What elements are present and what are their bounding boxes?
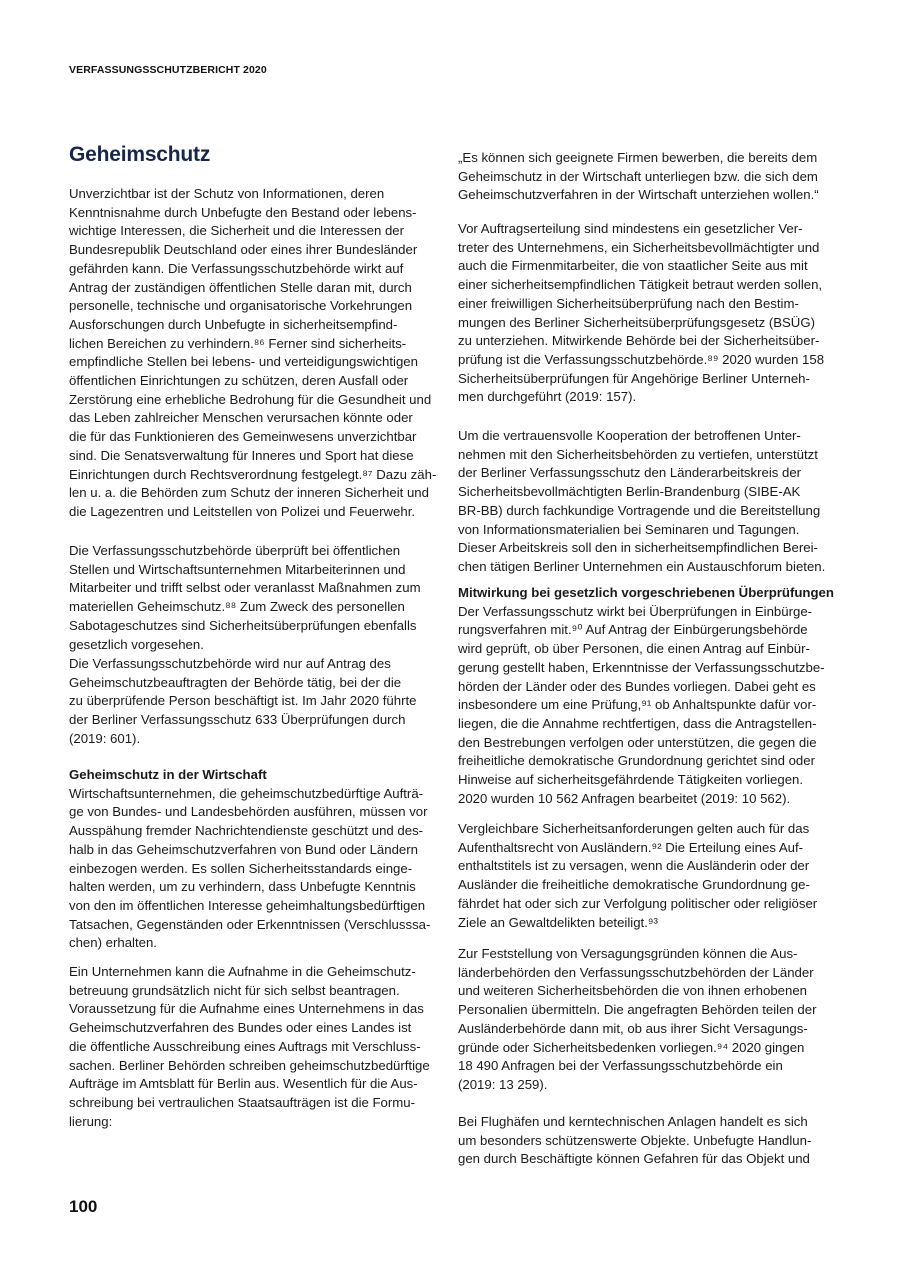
text-line: Die Verfassungsschutzbehörde überprüft b… bbox=[69, 542, 441, 561]
text-line: öffentlichen Einrichtungen zu schützen, … bbox=[69, 372, 441, 391]
text-line: der Berliner Verfassungsschutz den Lände… bbox=[458, 464, 836, 483]
paragraph: Unverzichtbar ist der Schutz von Informa… bbox=[69, 185, 441, 522]
text-line: Ein Unternehmen kann die Aufnahme in die… bbox=[69, 963, 441, 982]
text-line: 2020 wurden 10 562 Anfragen bearbeitet (… bbox=[458, 790, 836, 809]
text-line: (2019: 601). bbox=[69, 730, 441, 749]
text-line: Um die vertrauensvolle Kooperation der b… bbox=[458, 427, 836, 446]
text-line: Sabotageschutzes sind Sicherheitsüberprü… bbox=[69, 617, 441, 636]
text-line: freiheitliche demokratische Grundordnung… bbox=[458, 752, 836, 771]
text-line: Kenntnisnahme durch Unbefugte den Bestan… bbox=[69, 204, 441, 223]
text-line: Sicherheitsüberprüfungen für Angehörige … bbox=[458, 370, 836, 389]
text-line: gen durch Beschäftigte können Gefahren f… bbox=[458, 1150, 836, 1169]
text-line: schreibung bei vertraulichen Staatsauftr… bbox=[69, 1094, 441, 1113]
text-line: Geheimschutz in der Wirtschaft unterlieg… bbox=[458, 168, 836, 187]
paragraph: Ein Unternehmen kann die Aufnahme in die… bbox=[69, 963, 441, 1131]
text-line: Aufträge im Amtsblatt für Berlin aus. We… bbox=[69, 1075, 441, 1094]
text-line: gerung gestellt haben, Erkenntnisse der … bbox=[458, 659, 836, 678]
text-line: den Bestrebungen verfolgen oder unterstü… bbox=[458, 734, 836, 753]
text-line: empfindliche Stellen bei lebens- und ver… bbox=[69, 353, 441, 372]
text-line: rungsverfahren mit.⁹⁰ Auf Antrag der Ein… bbox=[458, 621, 836, 640]
text-line: von den im öffentlichen Interesse geheim… bbox=[69, 897, 441, 916]
text-line: Sicherheitsbevollmächtigten Berlin-Brand… bbox=[458, 483, 836, 502]
text-line: die für das Funktionieren des Gemeinwese… bbox=[69, 428, 441, 447]
text-line: Ziele an Gewaltdelikten beteiligt.⁹³ bbox=[458, 914, 836, 933]
text-line: prüfung ist die Verfassungsschutzbehörde… bbox=[458, 351, 836, 370]
text-line: die öffentliche Ausschreibung eines Auft… bbox=[69, 1038, 441, 1057]
text-line: sind. Die Senatsverwaltung für Inneres u… bbox=[69, 447, 441, 466]
text-line: wichtige Interessen, die Sicherheit und … bbox=[69, 222, 441, 241]
text-line: fährdet hat oder sich zur Verfolgung pol… bbox=[458, 895, 836, 914]
text-line: wird geprüft, ob über Personen, die eine… bbox=[458, 640, 836, 659]
text-line: Einrichtungen durch Rechtsverordnung fes… bbox=[69, 466, 441, 485]
text-line: Ausländer die freiheitliche demokratisch… bbox=[458, 876, 836, 895]
text-line: Zur Feststellung von Versagungsgründen k… bbox=[458, 945, 836, 964]
text-line: Zerstörung eine erhebliche Bedrohung für… bbox=[69, 391, 441, 410]
text-line: Geheimschutzverfahren in der Wirtschaft … bbox=[458, 186, 836, 205]
text-line: insbesondere um eine Prüfung,⁹¹ ob Anhal… bbox=[458, 696, 836, 715]
text-line: Wirtschaftsunternehmen, die geheimschutz… bbox=[69, 785, 441, 804]
text-line: Ausspähung fremder Nachrichtendienste ge… bbox=[69, 822, 441, 841]
paragraph: Um die vertrauensvolle Kooperation der b… bbox=[458, 427, 836, 577]
paragraph: Der Verfassungsschutz wirkt bei Überprüf… bbox=[458, 603, 836, 809]
text-line: sachen. Berliner Behörden schreiben gehe… bbox=[69, 1057, 441, 1076]
paragraph: Die Verfassungsschutzbehörde wird nur au… bbox=[69, 655, 441, 749]
text-line: „Es können sich geeignete Firmen bewerbe… bbox=[458, 149, 836, 168]
running-header: VERFASSUNGSSCHUTZBERICHT 2020 bbox=[69, 64, 267, 76]
text-line: Geheimschutzverfahren des Bundes oder ei… bbox=[69, 1019, 441, 1038]
paragraph: Vor Auftragserteilung sind mindestens ei… bbox=[458, 220, 836, 407]
text-line: gefährden kann. Die Verfassungsschutzbeh… bbox=[69, 260, 441, 279]
text-line: einer sicherheitsempfindlichen Tätigkeit… bbox=[458, 276, 836, 295]
text-line: der Berliner Verfassungsschutz 633 Überp… bbox=[69, 711, 441, 730]
text-line: materiellen Geheimschutz.⁸⁸ Zum Zweck de… bbox=[69, 598, 441, 617]
text-line: enthaltstitels ist zu versagen, wenn die… bbox=[458, 857, 836, 876]
text-line: einbezogen werden. Es sollen Sicherheits… bbox=[69, 860, 441, 879]
text-line: um besonders schützenswerte Objekte. Unb… bbox=[458, 1132, 836, 1151]
text-line: Aufenthaltsrecht von Ausländern.⁹² Die E… bbox=[458, 839, 836, 858]
paragraph: Wirtschaftsunternehmen, die geheimschutz… bbox=[69, 785, 441, 953]
text-line: Ausländerbehörde dann mit, ob aus ihrer … bbox=[458, 1020, 836, 1039]
paragraph: Bei Flughäfen und kerntechnischen Anlage… bbox=[458, 1113, 836, 1169]
text-line: Vor Auftragserteilung sind mindestens ei… bbox=[458, 220, 836, 239]
text-line: halten werden, um zu verhindern, dass Un… bbox=[69, 878, 441, 897]
text-line: Stellen und Wirtschaftsunternehmen Mitar… bbox=[69, 561, 441, 580]
text-line: Mitarbeiter und trifft selbst oder veran… bbox=[69, 579, 441, 598]
text-line: Vergleichbare Sicherheitsanforderungen g… bbox=[458, 820, 836, 839]
text-line: Die Verfassungsschutzbehörde wird nur au… bbox=[69, 655, 441, 674]
text-line: Der Verfassungsschutz wirkt bei Überprüf… bbox=[458, 603, 836, 622]
text-line: Dieser Arbeitskreis soll den in sicherhe… bbox=[458, 539, 836, 558]
subsection-block: Mitwirkung bei gesetzlich vorgeschrieben… bbox=[458, 584, 836, 808]
text-line: das Leben zahlreicher Menschen verursach… bbox=[69, 409, 441, 428]
subheading-wirtschaft: Geheimschutz in der Wirtschaft bbox=[69, 766, 441, 785]
text-line: Personalien übermitteln. Die angefragten… bbox=[458, 1001, 836, 1020]
text-line: Bundesrepublik Deutschland oder eines ih… bbox=[69, 241, 441, 260]
text-line: die Lagezentren und Leitstellen von Poli… bbox=[69, 503, 441, 522]
text-line: Unverzichtbar ist der Schutz von Informa… bbox=[69, 185, 441, 204]
paragraph: Vergleichbare Sicherheitsanforderungen g… bbox=[458, 820, 836, 932]
text-line: 18 490 Anfragen bei der Verfassungsschut… bbox=[458, 1057, 836, 1076]
text-line: men durchgeführt (2019: 157). bbox=[458, 388, 836, 407]
text-line: ge von Bundes- und Landesbehörden ausfüh… bbox=[69, 803, 441, 822]
text-line: (2019: 13 259). bbox=[458, 1076, 836, 1095]
text-line: gesetzlich vorgesehen. bbox=[69, 636, 441, 655]
text-line: nehmen mit den Sicherheitsbehörden zu ve… bbox=[458, 446, 836, 465]
paragraph: Zur Feststellung von Versagungsgründen k… bbox=[458, 945, 836, 1095]
text-line: liegen, die die Annahme rechtfertigen, d… bbox=[458, 715, 836, 734]
text-line: len u. a. die Behörden zum Schutz der in… bbox=[69, 484, 441, 503]
page-number: 100 bbox=[69, 1197, 97, 1217]
text-line: BR-BB) durch fachkundige Vortragende und… bbox=[458, 502, 836, 521]
text-line: Tatsachen, Gegenständen oder Erkenntniss… bbox=[69, 916, 441, 935]
text-line: personelle, technische und organisatoris… bbox=[69, 297, 441, 316]
section-title: Geheimschutz bbox=[69, 143, 210, 167]
text-line: halb in das Geheimschutzverfahren von Bu… bbox=[69, 841, 441, 860]
text-line: zu unterziehen. Mitwirkende Behörde bei … bbox=[458, 332, 836, 351]
text-line: Bei Flughäfen und kerntechnischen Anlage… bbox=[458, 1113, 836, 1132]
text-line: von Informationsmaterialien bei Seminare… bbox=[458, 521, 836, 540]
text-line: lierung: bbox=[69, 1113, 441, 1132]
paragraph: Die Verfassungsschutzbehörde überprüft b… bbox=[69, 542, 441, 654]
text-line: betreuung grundsätzlich nicht für sich s… bbox=[69, 982, 441, 1001]
subheading-mitwirkung: Mitwirkung bei gesetzlich vorgeschrieben… bbox=[458, 584, 836, 603]
subsection-block: Geheimschutz in der Wirtschaft Wirtschaf… bbox=[69, 766, 441, 953]
text-line: Ausforschungen durch Unbefugte in sicher… bbox=[69, 316, 441, 335]
text-line: Hinweise auf sicherheitsgefährdende Täti… bbox=[458, 771, 836, 790]
text-line: chen tätigen Berliner Unternehmen ein Au… bbox=[458, 558, 836, 577]
text-line: zu überprüfende Person beschäftigt ist. … bbox=[69, 692, 441, 711]
text-line: mungen des Berliner Sicherheitsüberprüfu… bbox=[458, 314, 836, 333]
text-line: auch die Firmenmitarbeiter, die von staa… bbox=[458, 257, 836, 276]
text-line: einer freiwilligen Sicherheitsüberprüfun… bbox=[458, 295, 836, 314]
text-line: gründe oder Sicherheitsbedenken vorliege… bbox=[458, 1039, 836, 1058]
text-line: hörden der Länder oder des Bundes vorlie… bbox=[458, 678, 836, 697]
text-line: Geheimschutzbeauftragten der Behörde tät… bbox=[69, 674, 441, 693]
text-line: lichen Bereichen zu verhindern.⁸⁶ Ferner… bbox=[69, 335, 441, 354]
text-line: länderbehörden den Verfassungsschutzbehö… bbox=[458, 964, 836, 983]
text-line: treter des Unternehmens, ein Sicherheits… bbox=[458, 239, 836, 258]
text-line: und weiteren Sicherheitsbehörden die von… bbox=[458, 982, 836, 1001]
quote: „Es können sich geeignete Firmen bewerbe… bbox=[458, 149, 836, 205]
text-line: Voraussetzung für die Aufnahme eines Unt… bbox=[69, 1000, 441, 1019]
text-line: chen) erhalten. bbox=[69, 934, 441, 953]
text-line: Antrag der zuständigen öffentlichen Stel… bbox=[69, 279, 441, 298]
